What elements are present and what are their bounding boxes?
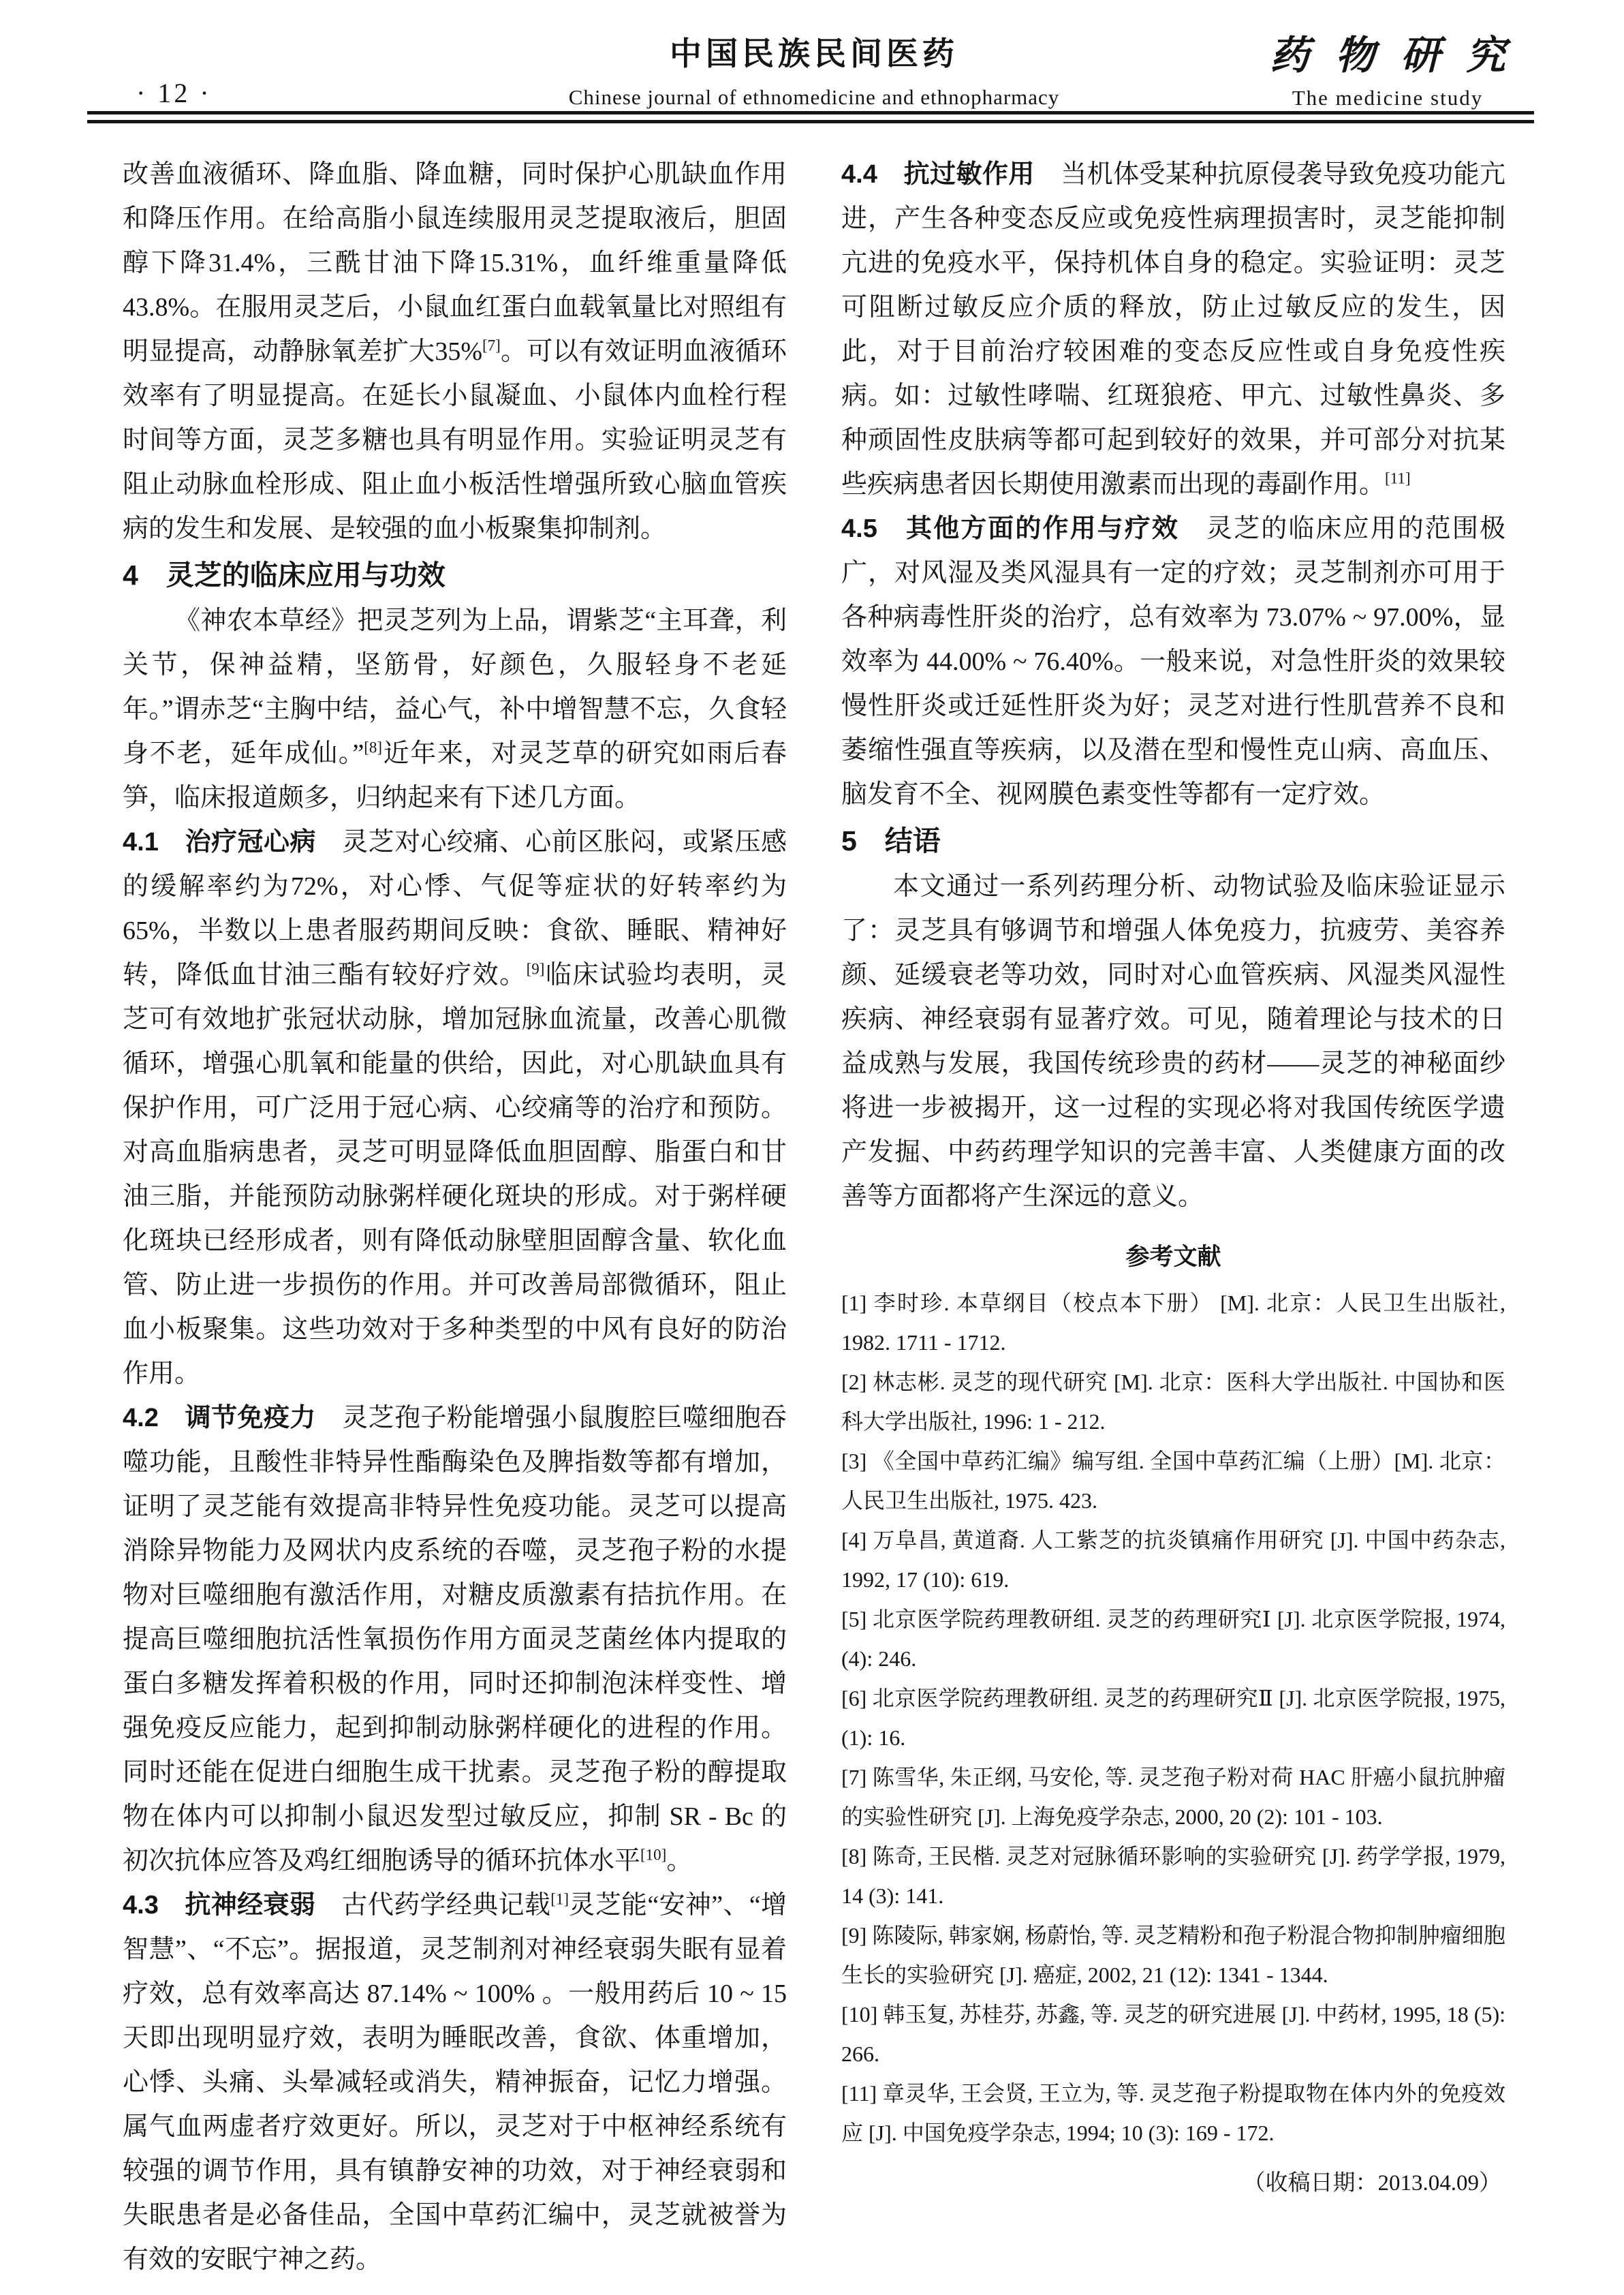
subsection-label: 4.2 调节免疫力 (123, 1404, 316, 1432)
paragraph: 4.5 其他方面的作用与疗效 灵芝的临床应用的范围极广，对风湿及类风湿具有一定的… (841, 507, 1505, 817)
reference-item: [3] 《全国中草药汇编》编写组. 全国中草药汇编（上册）[M]. 北京：人民卫… (841, 1441, 1505, 1520)
reference-item: [5] 北京医学院药理教研组. 灵芝的药理研究Ⅰ [J]. 北京医学院报, 19… (841, 1599, 1505, 1678)
journal-title-en: Chinese journal of ethnomedicine and eth… (569, 85, 1060, 110)
citation-superscript: [10] (640, 1846, 666, 1863)
header-divider (87, 111, 1534, 123)
citation-superscript: [1] (550, 1890, 569, 1907)
subsection-label: 4.3 抗神经衰弱 (123, 1891, 315, 1920)
paragraph: 《神农本草经》把灵芝列为上品，谓紫芝“主耳聋，利关节，保神益精，坚筋骨，好颜色，… (123, 599, 787, 820)
section-heading: 5 结语 (841, 818, 1505, 863)
references-heading: 参考文献 (841, 1238, 1505, 1272)
paragraph: 4.1 治疗冠心病 灵芝对心绞痛、心前区胀闷，或紧压感的缓解率约为72%，对心悸… (123, 820, 787, 1396)
citation-superscript: [8] (364, 739, 382, 756)
journal-page: · 12 · 中国民族民间医药 Chinese journal of ethno… (0, 0, 1624, 2295)
paragraph: 4.2 调节免疫力 灵芝孢子粉能增强小鼠腹腔巨噬细胞吞噬功能，且酸性非特异性酯酶… (123, 1396, 787, 1883)
paragraph: 4.3 抗神经衰弱 古代药学经典记载[1]灵芝能“安神”、“增智慧”、“不忘”。… (123, 1883, 787, 2282)
reference-item: [6] 北京医学院药理教研组. 灵芝的药理研究Ⅱ [J]. 北京医学院报, 19… (841, 1678, 1505, 1757)
reference-item: [2] 林志彬. 灵芝的现代研究 [M]. 北京：医科大学出版社. 中国协和医科… (841, 1362, 1505, 1441)
paragraph: 改善血液循环、降血脂、降血糖，同时保护心肌缺血作用和降压作用。在给高脂小鼠连续服… (123, 153, 787, 551)
article-body: 改善血液循环、降血脂、降血糖，同时保护心肌缺血作用和降压作用。在给高脂小鼠连续服… (123, 153, 1505, 2282)
paragraph: 4.4 抗过敏作用 当机体受某种抗原侵袭导致免疫功能亢进，产生各种变态反应或免疫… (841, 153, 1505, 507)
section-title-en: The medicine study (1270, 86, 1505, 110)
paragraph: 本文通过一系列药理分析、动物试验及临床验证显示了：灵芝具有够调节和增强人体免疫力… (841, 865, 1505, 1219)
subsection-label: 4.1 治疗冠心病 (123, 828, 316, 857)
citation-superscript: [11] (1385, 469, 1410, 487)
section-title-block: 药物研究 The medicine study (1270, 23, 1505, 110)
reference-item: [8] 陈奇, 王民楷. 灵芝对冠脉循环影响的实验研究 [J]. 药学学报, 1… (841, 1836, 1505, 1915)
received-date: （收稿日期：2013.04.09） (841, 2163, 1505, 2203)
reference-item: [1] 李时珍. 本草纲目（校点本下册） [M]. 北京：人民卫生出版社, 19… (841, 1283, 1505, 1362)
section-heading: 4 灵芝的临床应用与功效 (123, 553, 787, 598)
citation-superscript: [7] (482, 337, 501, 354)
page-header: · 12 · 中国民族民间医药 Chinese journal of ethno… (123, 23, 1505, 110)
subsection-label: 4.4 抗过敏作用 (841, 160, 1035, 189)
left-column: 改善血液循环、降血脂、降血糖，同时保护心肌缺血作用和降压作用。在给高脂小鼠连续服… (123, 153, 787, 2282)
right-column: 4.4 抗过敏作用 当机体受某种抗原侵袭导致免疫功能亢进，产生各种变态反应或免疫… (841, 153, 1505, 2282)
section-title-cn: 药物研究 (1270, 23, 1531, 80)
reference-item: [10] 韩玉复, 苏桂芬, 苏鑫, 等. 灵芝的研究进展 [J]. 中药材, … (841, 1994, 1505, 2074)
reference-item: [9] 陈陵际, 韩家娴, 杨蔚怡, 等. 灵芝精粉和孢子粉混合物抑制肿瘤细胞生… (841, 1915, 1505, 1994)
citation-superscript: [9] (527, 960, 545, 977)
reference-item: [11] 章灵华, 王会贤, 王立为, 等. 灵芝孢子粉提取物在体内外的免疫效应… (841, 2074, 1505, 2153)
journal-title-block: 中国民族民间医药 Chinese journal of ethnomedicin… (569, 29, 1060, 110)
subsection-label: 4.5 其他方面的作用与疗效 (841, 514, 1179, 543)
journal-title-cn: 中国民族民间医药 (569, 29, 1060, 74)
reference-item: [7] 陈雪华, 朱正纲, 马安伦, 等. 灵芝孢子粉对荷 HAC 肝癌小鼠抗肿… (841, 1757, 1505, 1836)
page-number: · 12 · (136, 77, 212, 109)
reference-item: [4] 万阜昌, 黄道裔. 人工紫芝的抗炎镇痛作用研究 [J]. 中国中药杂志,… (841, 1520, 1505, 1599)
